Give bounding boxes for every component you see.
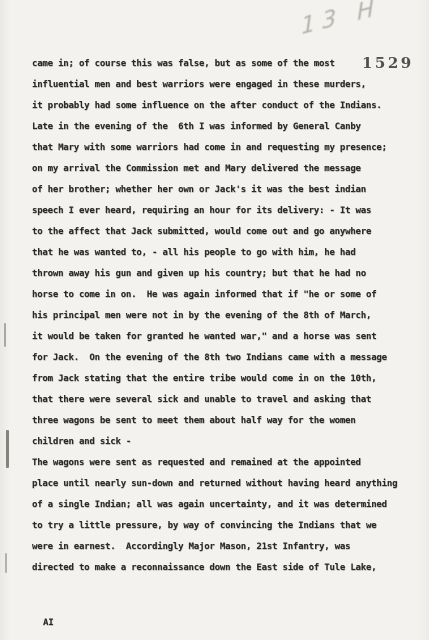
scan-artifact	[4, 323, 6, 347]
text-line: of her brother; whether her own or Jack'…	[32, 180, 412, 201]
text-line: thrown away his gun and given up his cou…	[32, 264, 412, 285]
handwritten-mark: 13 H	[301, 0, 381, 40]
text-line: of a single Indian; all was again uncert…	[32, 495, 412, 516]
text-line: horse to come in on. He was again inform…	[32, 285, 412, 306]
scanned-document-page: 13 H 1529 came in; of course this was fa…	[0, 0, 429, 640]
text-line: were in earnest. Accordingly Major Mason…	[32, 537, 412, 558]
text-line: that Mary with some warriors had come in…	[32, 138, 412, 159]
typed-text-block: came in; of course this was false, but a…	[32, 54, 412, 579]
scan-artifact	[5, 553, 7, 573]
text-line: three wagons be sent to meet them about …	[32, 411, 412, 432]
scan-artifact	[6, 430, 9, 468]
text-line: influential men and best warriors were e…	[32, 75, 412, 96]
text-line: speech I ever heard, requiring an hour f…	[32, 201, 412, 222]
text-line: it probably had some influence on the af…	[32, 96, 412, 117]
text-line: The wagons were sent as requested and re…	[32, 453, 412, 474]
text-line: Late in the evening of the 6th I was inf…	[32, 117, 412, 138]
text-line: it would be taken for granted he wanted …	[32, 327, 412, 348]
text-line: came in; of course this was false, but a…	[32, 54, 412, 75]
text-line: on my arrival the Commission met and Mar…	[32, 159, 412, 180]
text-line: to the affect that Jack submitted, would…	[32, 222, 412, 243]
text-line: children and sick -	[32, 432, 412, 453]
text-line: that there were several sick and unable …	[32, 390, 412, 411]
text-line: to try a little pressure, by way of conv…	[32, 516, 412, 537]
text-line: directed to make a reconnaissance down t…	[32, 558, 412, 579]
text-line: that he was wanted to, - all his people …	[32, 243, 412, 264]
text-line: from Jack stating that the entire tribe …	[32, 369, 412, 390]
text-line: his principal men were not in by the eve…	[32, 306, 412, 327]
text-line: for Jack. On the evening of the 8th two …	[32, 348, 412, 369]
text-line: place until nearly sun-down and returned…	[32, 474, 412, 495]
footer-mark: AI	[43, 618, 53, 628]
